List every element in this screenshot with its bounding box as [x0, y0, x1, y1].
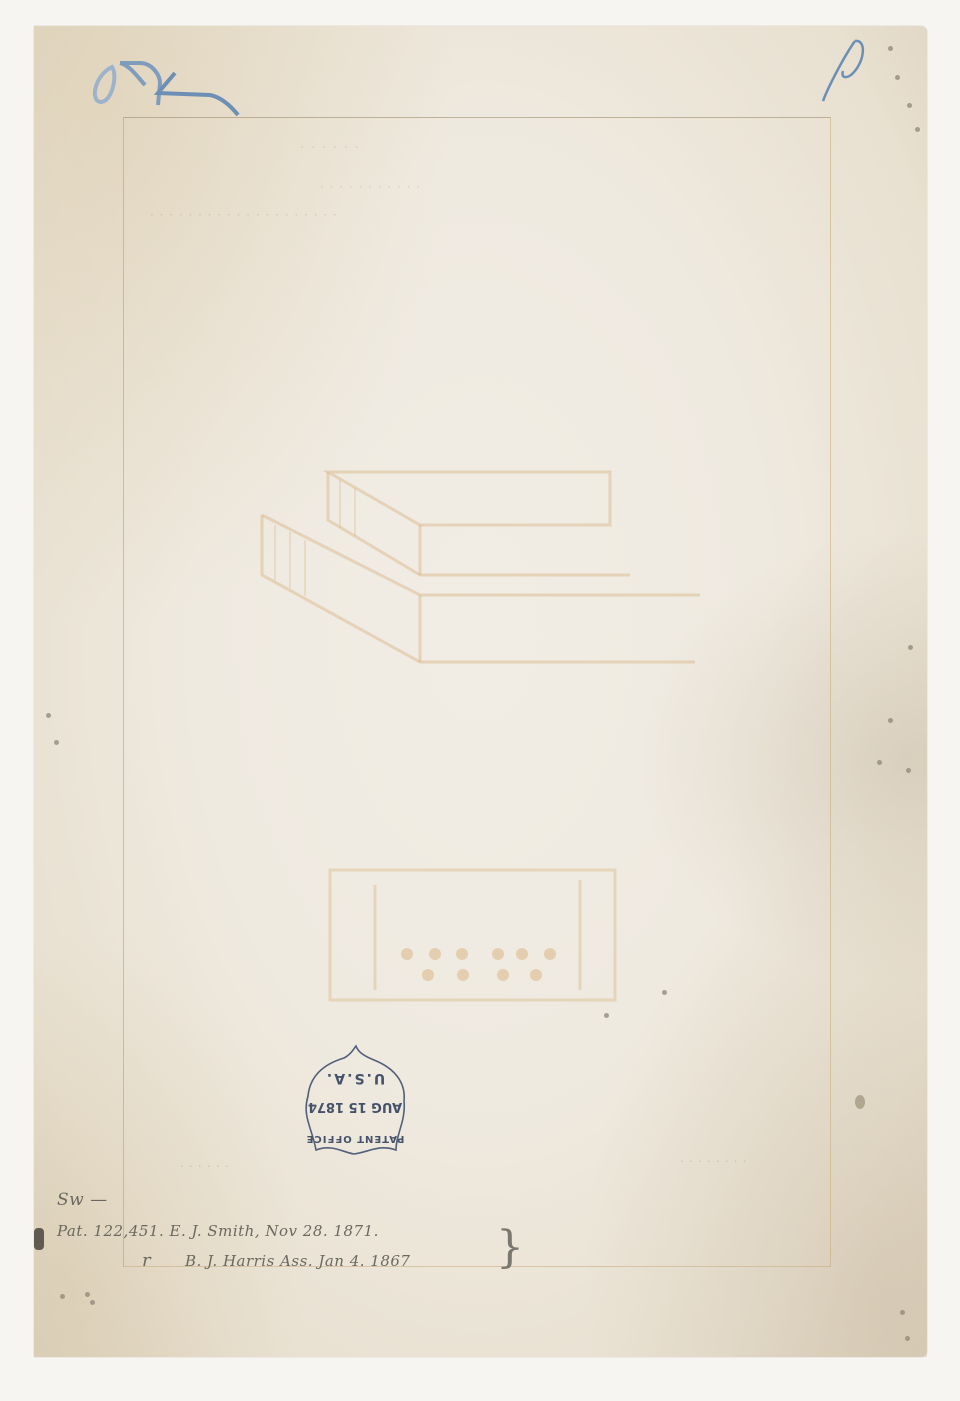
- show-through-heading: · · · · · ·: [300, 140, 360, 156]
- patent-office-stamp: PATENT OFFICE AUG 15 1874 U.S.A.: [296, 1044, 414, 1156]
- ink-blot: [34, 1228, 44, 1250]
- p-annotation: [815, 35, 875, 110]
- note-patent-reference: Pat. 122,451. E. J. Smith, Nov 28. 1871.: [57, 1222, 379, 1240]
- tack-hole: [908, 645, 913, 650]
- figure-1-show-through: [250, 450, 720, 690]
- stamp-line-office: PATENT OFFICE: [296, 1133, 414, 1144]
- stain-mark: [855, 1095, 865, 1109]
- note-assignment: B. J. Harris Ass. Jan 4. 1867: [185, 1252, 410, 1270]
- drawing-border: [123, 117, 831, 1267]
- stamp-line-date: AUG 15 1874: [296, 1099, 414, 1114]
- figure-2-show-through: [300, 850, 630, 1020]
- tack-hole: [54, 740, 59, 745]
- tack-hole: [888, 718, 893, 723]
- show-through-inventor: · · · · · · · ·: [680, 1155, 747, 1168]
- tack-hole: [662, 990, 667, 995]
- ok-checkmark-annotation: [90, 55, 250, 125]
- tack-hole: [46, 713, 51, 718]
- tack-hole: [877, 760, 882, 765]
- show-through-patent-line: · · · · · · · · · · · · · · · · · · · ·: [150, 208, 338, 222]
- tack-hole: [907, 103, 912, 108]
- show-through-witnesses: · · · · · ·: [180, 1160, 229, 1173]
- tack-hole: [905, 1336, 910, 1341]
- note-bracket: }: [496, 1222, 525, 1273]
- tack-hole: [90, 1300, 95, 1305]
- note-prefix: r: [142, 1250, 151, 1271]
- show-through-subheading: · · · · · · · · · · ·: [320, 180, 421, 194]
- tack-hole: [888, 46, 893, 51]
- tack-hole: [85, 1292, 90, 1297]
- tack-hole: [915, 127, 920, 132]
- tack-hole: [60, 1294, 65, 1299]
- stamp-line-country: U.S.A.: [296, 1070, 414, 1086]
- tack-hole: [900, 1310, 905, 1315]
- tack-hole: [895, 75, 900, 80]
- note-sw: Sw —: [57, 1190, 108, 1210]
- tack-hole: [906, 768, 911, 773]
- tack-hole: [604, 1013, 609, 1018]
